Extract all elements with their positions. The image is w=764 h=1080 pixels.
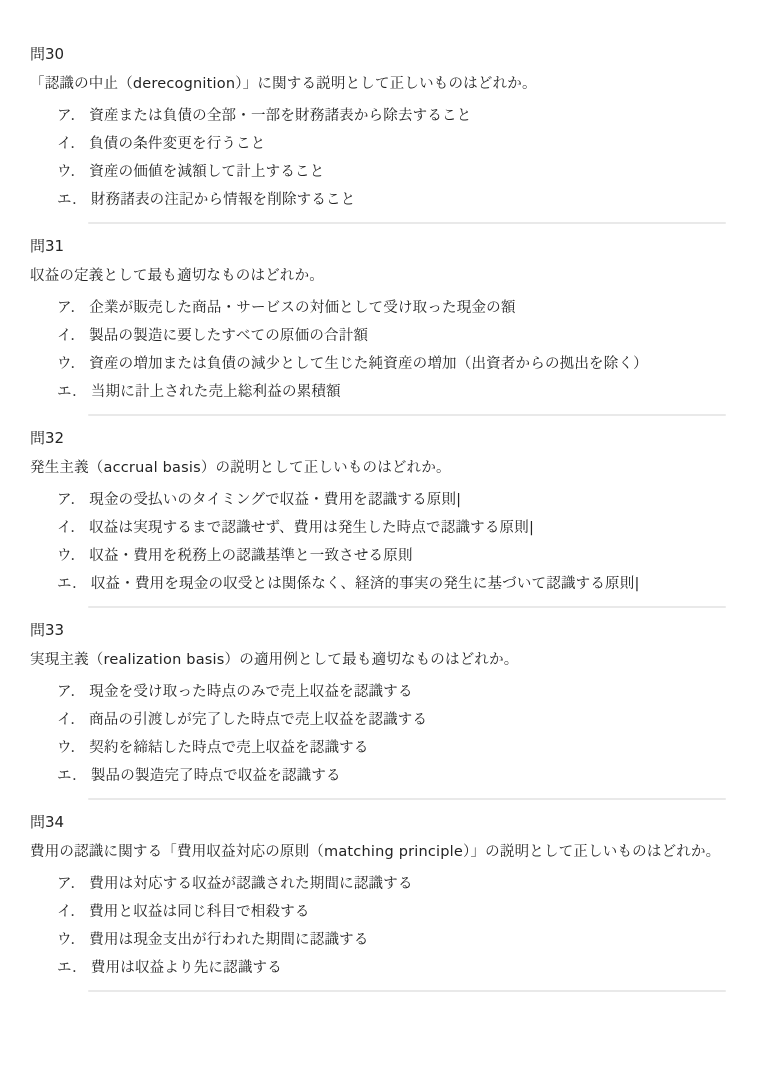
option-label: ア． xyxy=(57,298,85,318)
question-stem: 費用の認識に関する「費用収益対応の原則（matching principle）」… xyxy=(30,842,744,862)
answer-option: ア．費用は対応する収益が認識された期間に認識する xyxy=(57,874,744,894)
answer-option: ア．企業が販売した商品・サービスの対価として受け取った現金の額 xyxy=(57,298,744,318)
option-text: 収益・費用を現金の収受とは関係なく、経済的事実の発生に基づいて認識する原則| xyxy=(91,576,640,592)
question-block: 問32 発生主義（accrual basis）の説明として正しいものはどれか。 … xyxy=(30,428,744,608)
option-text: 企業が販売した商品・サービスの対価として受け取った現金の額 xyxy=(89,300,515,316)
answer-option: エ．製品の製造完了時点で収益を認識する xyxy=(57,766,744,786)
option-label: エ． xyxy=(57,382,87,402)
answer-option: エ．財務諸表の注記から情報を削除すること xyxy=(57,190,744,210)
answer-option: イ．費用と収益は同じ科目で相殺する xyxy=(57,902,744,922)
answer-option: イ．負債の条件変更を行うこと xyxy=(57,134,744,154)
option-label: ウ． xyxy=(57,162,85,182)
option-text: 当期に計上された売上総利益の累積額 xyxy=(91,384,341,400)
question-block: 問30 「認識の中止（derecognition）」に関する説明として正しいもの… xyxy=(30,44,744,224)
question-stem: 収益の定義として最も適切なものはどれか。 xyxy=(30,266,744,286)
option-text: 資産の増加または負債の減少として生じた純資産の増加（出資者からの拠出を除く） xyxy=(89,356,648,372)
option-text: 収益は実現するまで認識せず、費用は発生した時点で認識する原則| xyxy=(89,520,534,536)
option-label: ウ． xyxy=(57,930,85,950)
option-label: イ． xyxy=(57,710,85,730)
option-text: 費用は収益より先に認識する xyxy=(91,960,282,976)
answer-option: ウ．費用は現金支出が行われた期間に認識する xyxy=(57,930,744,950)
option-text: 負債の条件変更を行うこと xyxy=(89,136,265,152)
answer-option: ウ．資産の増加または負債の減少として生じた純資産の増加（出資者からの拠出を除く） xyxy=(57,354,744,374)
questions-container: 問30 「認識の中止（derecognition）」に関する説明として正しいもの… xyxy=(30,44,744,992)
answer-option: ア．資産または負債の全部・一部を財務諸表から除去すること xyxy=(57,106,744,126)
question-number: 問34 xyxy=(30,812,744,832)
section-divider xyxy=(88,606,726,608)
question-stem: 「認識の中止（derecognition）」に関する説明として正しいものはどれか… xyxy=(30,74,744,94)
question-block: 問34 費用の認識に関する「費用収益対応の原則（matching princip… xyxy=(30,812,744,992)
answer-option: エ．費用は収益より先に認識する xyxy=(57,958,744,978)
section-divider xyxy=(88,990,726,992)
options-list: ア．企業が販売した商品・サービスの対価として受け取った現金の額 イ．製品の製造に… xyxy=(30,298,744,402)
option-text: 製品の製造完了時点で収益を認識する xyxy=(91,768,341,784)
answer-option: ア．現金の受払いのタイミングで収益・費用を認識する原則| xyxy=(57,490,744,510)
question-block: 問31 収益の定義として最も適切なものはどれか。 ア．企業が販売した商品・サービ… xyxy=(30,236,744,416)
answer-option: エ．当期に計上された売上総利益の累積額 xyxy=(57,382,744,402)
option-label: エ． xyxy=(57,958,87,978)
option-text: 費用は対応する収益が認識された期間に認識する xyxy=(89,876,412,892)
option-label: ウ． xyxy=(57,738,85,758)
option-label: イ． xyxy=(57,134,85,154)
question-stem: 実現主義（realization basis）の適用例として最も適切なものはどれ… xyxy=(30,650,744,670)
option-text: 資産または負債の全部・一部を財務諸表から除去すること xyxy=(89,108,471,124)
answer-option: ア．現金を受け取った時点のみで売上収益を認識する xyxy=(57,682,744,702)
option-label: ア． xyxy=(57,106,85,126)
answer-option: ウ．資産の価値を減額して計上すること xyxy=(57,162,744,182)
options-list: ア．費用は対応する収益が認識された期間に認識する イ．費用と収益は同じ科目で相殺… xyxy=(30,874,744,978)
option-text: 費用は現金支出が行われた期間に認識する xyxy=(89,932,368,948)
option-text: 商品の引渡しが完了した時点で売上収益を認識する xyxy=(89,712,427,728)
question-number: 問31 xyxy=(30,236,744,256)
option-text: 製品の製造に要したすべての原価の合計額 xyxy=(89,328,368,344)
answer-option: ウ．契約を締結した時点で売上収益を認識する xyxy=(57,738,744,758)
section-divider xyxy=(88,798,726,800)
option-label: エ． xyxy=(57,190,87,210)
option-text: 契約を締結した時点で売上収益を認識する xyxy=(89,740,368,756)
option-text: 資産の価値を減額して計上すること xyxy=(89,164,324,180)
option-text: 現金の受払いのタイミングで収益・費用を認識する原則| xyxy=(89,492,461,508)
option-label: イ． xyxy=(57,326,85,346)
option-label: ウ． xyxy=(57,354,85,374)
answer-option: ウ．収益・費用を税務上の認識基準と一致させる原則 xyxy=(57,546,744,566)
question-stem: 発生主義（accrual basis）の説明として正しいものはどれか。 xyxy=(30,458,744,478)
answer-option: イ．収益は実現するまで認識せず、費用は発生した時点で認識する原則| xyxy=(57,518,744,538)
option-label: イ． xyxy=(57,902,85,922)
exam-document-page: 問30 「認識の中止（derecognition）」に関する説明として正しいもの… xyxy=(0,0,764,1080)
options-list: ア．資産または負債の全部・一部を財務諸表から除去すること イ．負債の条件変更を行… xyxy=(30,106,744,210)
answer-option: エ．収益・費用を現金の収受とは関係なく、経済的事実の発生に基づいて認識する原則| xyxy=(57,574,744,594)
section-divider xyxy=(88,414,726,416)
option-label: ウ． xyxy=(57,546,85,566)
question-number: 問33 xyxy=(30,620,744,640)
option-label: イ． xyxy=(57,518,85,538)
options-list: ア．現金の受払いのタイミングで収益・費用を認識する原則| イ．収益は実現するまで… xyxy=(30,490,744,594)
option-text: 財務諸表の注記から情報を削除すること xyxy=(91,192,356,208)
option-text: 収益・費用を税務上の認識基準と一致させる原則 xyxy=(89,548,412,564)
option-label: エ． xyxy=(57,574,87,594)
options-list: ア．現金を受け取った時点のみで売上収益を認識する イ．商品の引渡しが完了した時点… xyxy=(30,682,744,786)
section-divider xyxy=(88,222,726,224)
option-label: エ． xyxy=(57,766,87,786)
option-label: ア． xyxy=(57,490,85,510)
question-number: 問32 xyxy=(30,428,744,448)
option-text: 現金を受け取った時点のみで売上収益を認識する xyxy=(89,684,412,700)
option-label: ア． xyxy=(57,874,85,894)
answer-option: イ．製品の製造に要したすべての原価の合計額 xyxy=(57,326,744,346)
option-text: 費用と収益は同じ科目で相殺する xyxy=(89,904,310,920)
question-number: 問30 xyxy=(30,44,744,64)
option-label: ア． xyxy=(57,682,85,702)
answer-option: イ．商品の引渡しが完了した時点で売上収益を認識する xyxy=(57,710,744,730)
question-block: 問33 実現主義（realization basis）の適用例として最も適切なも… xyxy=(30,620,744,800)
